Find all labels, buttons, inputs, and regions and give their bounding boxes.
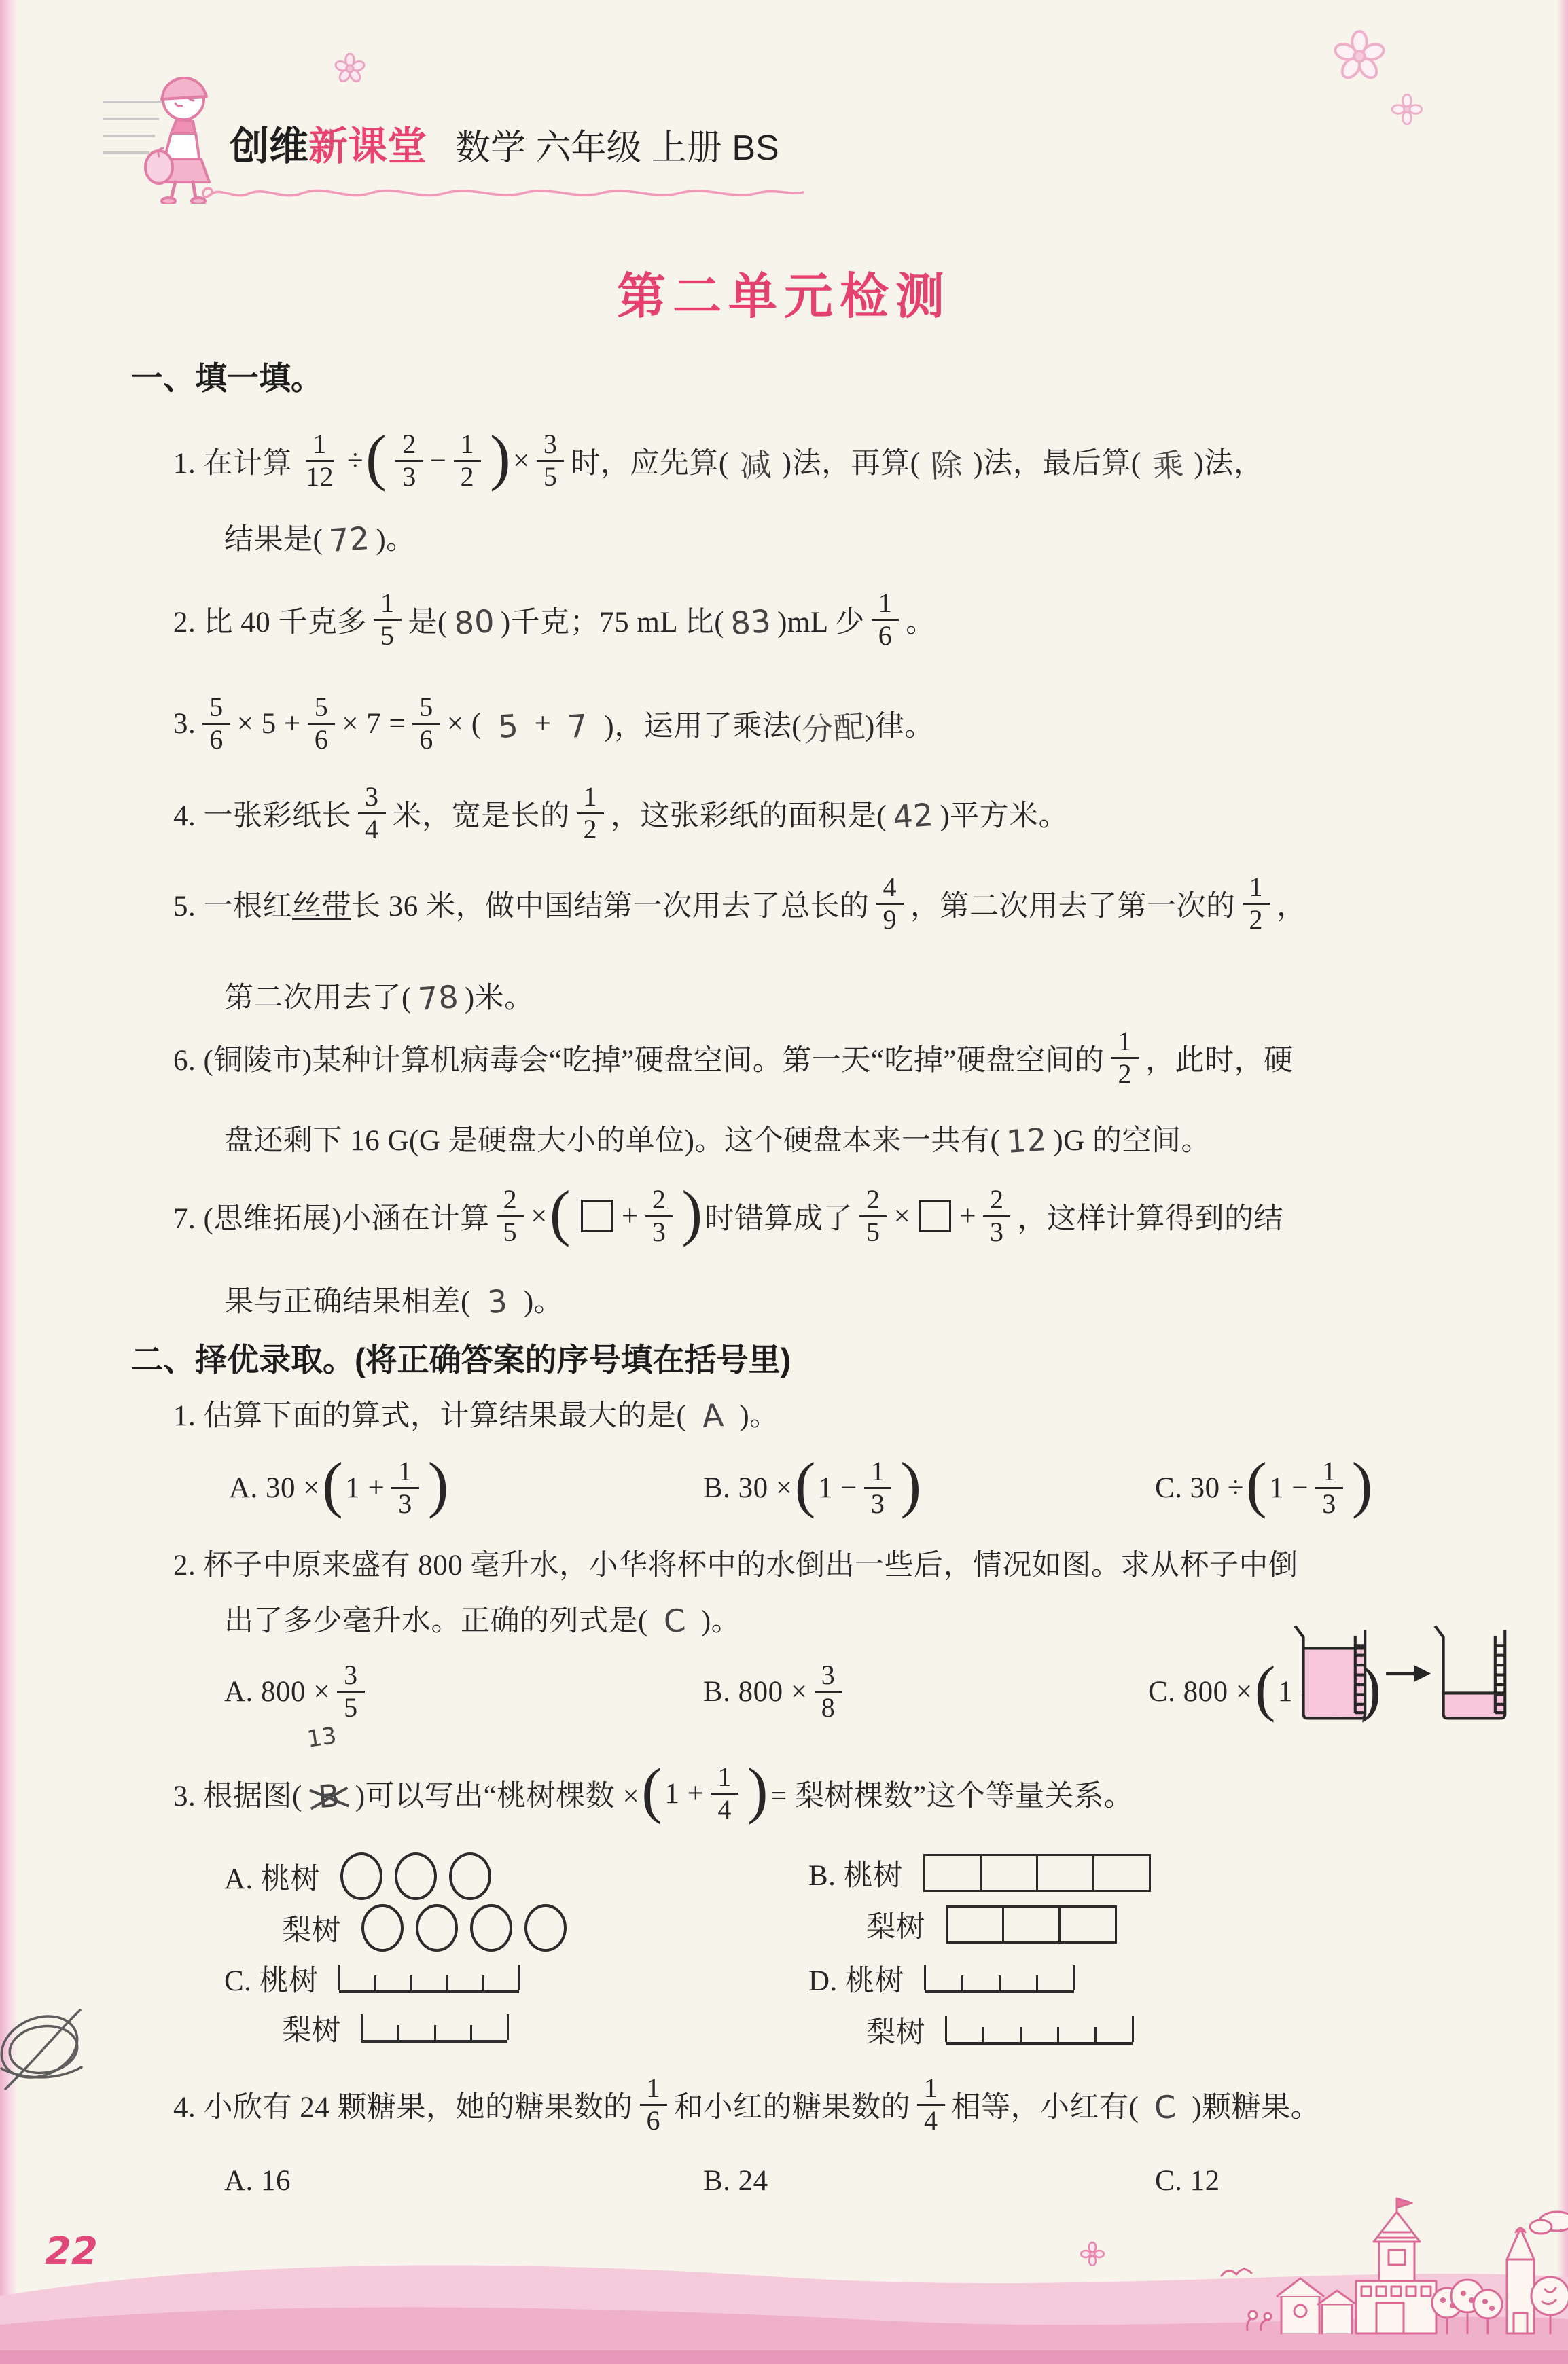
option-label: 梨树	[282, 1908, 341, 1949]
handwritten-answer: A	[685, 1395, 741, 1435]
ruler-diagram	[925, 1963, 1074, 1993]
fraction-numerator: 3	[358, 782, 386, 814]
text-run: )G 的空间。	[1053, 1117, 1211, 1159]
text-run: )米。	[465, 975, 534, 1016]
text-run: +	[622, 1200, 639, 1233]
text-run: ，这样计算得到的结	[1017, 1196, 1283, 1237]
fraction: 56	[202, 692, 230, 755]
fraction-numerator: 3	[337, 1660, 365, 1693]
text-run: 1 −	[1269, 1471, 1308, 1505]
text-run: 时，应先算(	[571, 440, 728, 482]
question-7-line-2: 果与正确结果相差(3)。	[224, 1255, 563, 1343]
ruler-strip	[361, 2013, 507, 2043]
text-run: B. 24	[703, 2164, 768, 2198]
ruler-tick	[374, 1975, 376, 1990]
bar-cell	[980, 1854, 1038, 1892]
handwritten-answer: 7	[550, 706, 606, 746]
text-run: )可以写出“桃树棵数 ×	[355, 1773, 639, 1814]
text-run: C. 12	[1155, 2164, 1220, 2198]
text-run: A. 800 ×	[224, 1675, 330, 1708]
fraction-numerator: 1	[306, 429, 334, 462]
text-run: +	[535, 707, 552, 740]
option-label: 梨树	[866, 2009, 925, 2051]
ruler-tick	[410, 1975, 412, 1990]
fraction: 13	[391, 1456, 419, 1520]
tree-circle	[361, 1904, 404, 1952]
flower-icon	[1079, 2240, 1106, 2268]
big-paren: (	[322, 1481, 343, 1488]
fraction: 14	[711, 1762, 738, 1825]
text-run: ，此时，硬	[1145, 1037, 1294, 1079]
fraction: 34	[358, 782, 386, 845]
ruler-tick	[470, 2025, 472, 2040]
tree-circle	[416, 1904, 458, 1952]
text-run: C. 桃树	[224, 1965, 319, 1997]
text-run: 3. 根据图(	[173, 1773, 302, 1814]
fraction: 23	[983, 1185, 1011, 1248]
fraction-numerator: 1	[374, 588, 402, 621]
question-4: 4. 一张彩纸长34米，宽是长的12，这张彩纸的面积是(42)平方米。	[173, 769, 1068, 857]
text-run: )平方米。	[940, 793, 1068, 834]
fraction-numerator: 2	[497, 1185, 524, 1217]
text-run: 结果是(	[224, 516, 323, 558]
fraction-denominator: 2	[454, 462, 482, 492]
text-run: )千克；75 mL 比(	[501, 599, 724, 641]
text-run: 长 36 米，做中国结第一次用去了总长的	[351, 883, 870, 925]
text-run: 1. 估算下面的算式，计算结果最大的是(	[173, 1393, 686, 1434]
text-run: = 梨树棵数”这个等量关系。	[770, 1773, 1133, 1814]
circles-diagram	[340, 1852, 503, 1900]
handwritten-answer: 减	[728, 439, 783, 487]
ruler-tick	[961, 1975, 963, 1990]
option-label: 梨树	[866, 1904, 925, 1946]
ruler-diagram	[946, 2015, 1133, 2045]
fraction-numerator: 1	[391, 1456, 419, 1489]
fraction-numerator: 2	[983, 1185, 1011, 1217]
circles-diagram	[361, 1904, 579, 1952]
text-run: ×	[513, 444, 530, 478]
bar-diagram	[946, 1905, 1117, 1944]
text-run: 4. 小欣有 24 颗糖果，她的糖果数的	[173, 2084, 633, 2126]
question-3: 3. 56× 5 +56× 7 =56× (5+7)，运用了乘法(分配)律。	[173, 679, 934, 768]
fraction: 112	[299, 429, 340, 492]
option-label: B. 桃树	[808, 1852, 903, 1894]
text-run: 相等，小红有(	[952, 2084, 1139, 2126]
handwritten-answer: B	[301, 1776, 357, 1816]
s2q3-option-d-row-2: 梨树	[866, 1999, 1133, 2060]
text-run: )。	[376, 516, 415, 558]
s2-question-4: 4. 小欣有 24 颗糖果，她的糖果数的16和小红的糖果数的14相等，小红有(C…	[173, 2060, 1320, 2149]
ruler-tick	[1036, 1975, 1038, 1990]
text-run: 1 −	[818, 1471, 857, 1505]
section-1-heading: 一、填一填。	[131, 353, 323, 399]
ruler-strip	[946, 2015, 1133, 2045]
text-run: )mL 少	[777, 599, 865, 641]
fraction-numerator: 1	[917, 2073, 945, 2106]
ruler-tick	[1057, 2027, 1059, 2042]
ruler-diagram	[361, 2013, 507, 2043]
ruler-tick	[361, 2014, 363, 2040]
fraction: 12	[577, 782, 605, 845]
text-run: 7. (思维拓展)小涵在计算	[173, 1196, 490, 1237]
handwritten-answer: 12	[999, 1120, 1055, 1160]
fraction-numerator: 1	[1315, 1456, 1343, 1489]
fraction-numerator: 2	[859, 1185, 887, 1217]
text-run: ，这张彩纸的面积是(	[611, 793, 887, 834]
question-2: 2. 比 40 千克多15是(80)千克；75 mL 比(83)mL 少16。	[173, 575, 936, 664]
handwritten-answer: 3	[469, 1281, 525, 1321]
fraction: 25	[497, 1185, 524, 1248]
s2-question-3: 3. 根据图(B)可以写出“桃树棵数 ×(1 +14)= 梨树棵数”这个等量关系…	[173, 1749, 1133, 1838]
fraction: 12	[1111, 1026, 1139, 1090]
fraction: 13	[1315, 1456, 1343, 1520]
handwritten-answer: C	[647, 1600, 702, 1641]
bar-strip	[923, 1854, 1151, 1892]
s2q2-option-a: A. 800 ×35	[224, 1647, 372, 1736]
page-right-edge	[1557, 0, 1568, 2364]
big-paren: )	[747, 1787, 768, 1794]
ruler-tick	[924, 1965, 926, 1990]
fraction-denominator: 5	[337, 1693, 365, 1723]
s2q2-option-b: B. 800 ×38	[703, 1647, 849, 1736]
handwritten-answer: 83	[724, 602, 779, 642]
text-run: −	[430, 444, 447, 478]
text-run: 6. (铜陵市)某种计算机病毒会“吃掉”硬盘空间。第一天“吃掉”硬盘空间的	[173, 1037, 1104, 1079]
text-run: 1. 在计算	[173, 440, 292, 482]
fraction-denominator: 2	[1243, 905, 1270, 935]
fraction-numerator: 4	[876, 872, 904, 905]
fraction-numerator: 1	[864, 1456, 892, 1489]
text-run: 和小红的糖果数的	[674, 2084, 910, 2126]
text-run: +	[959, 1200, 976, 1233]
ruler-tick	[1132, 2016, 1134, 2042]
s2q3-option-c-row-2: 梨树	[282, 1997, 507, 2058]
handwritten-answer: 分配	[800, 702, 866, 751]
ruler-diagram	[339, 1963, 519, 1993]
text-run: ，第二次用去了第一次的	[910, 883, 1236, 925]
fraction: 56	[308, 692, 336, 755]
big-paren: )	[1352, 1481, 1373, 1488]
brand-name-black: 创维	[230, 114, 308, 171]
text-run: )法，再算(	[782, 440, 921, 482]
tree-circle	[340, 1852, 382, 1900]
fraction-numerator: 5	[412, 692, 440, 725]
fraction: 16	[872, 588, 899, 651]
text-run: A. 30 ×	[229, 1471, 320, 1505]
fraction-denominator: 6	[640, 2106, 668, 2136]
text-run: 第二次用去了(	[224, 975, 412, 1016]
text-run: ×	[531, 1200, 548, 1233]
fraction: 38	[815, 1660, 842, 1723]
big-paren: (	[1246, 1481, 1267, 1488]
fraction-numerator: 1	[640, 2073, 668, 2106]
handwritten-answer: C	[1138, 2087, 1194, 2127]
scribble-doodle	[0, 1987, 109, 2106]
text-run: A. 16	[224, 2164, 291, 2198]
text-run: C. 30 ÷	[1155, 1471, 1244, 1505]
ruler-tick	[945, 2016, 947, 2042]
option-label: C. 桃树	[224, 1958, 319, 1999]
text-run: 时错算成了	[705, 1196, 853, 1237]
big-paren: )	[428, 1481, 449, 1488]
ruler-tick	[397, 2025, 399, 2040]
fraction-numerator: 3	[815, 1660, 842, 1693]
ruler-tick	[1094, 2027, 1097, 2042]
fraction-denominator: 3	[1315, 1489, 1343, 1520]
text-run: 梨树	[282, 2015, 341, 2047]
page-title: 第二单元检测	[0, 257, 1568, 327]
bar-cell	[923, 1854, 982, 1892]
handwritten-answer: 42	[886, 795, 942, 836]
option-label: D. 桃树	[808, 1958, 904, 1999]
fraction: 49	[876, 872, 904, 935]
fraction: 35	[337, 1660, 365, 1723]
text-run: 米，宽是长的	[393, 793, 570, 834]
text-run: C. 800 ×	[1148, 1675, 1253, 1708]
fraction-denominator: 4	[358, 814, 386, 845]
big-paren: (	[795, 1481, 816, 1488]
ruler-tick	[1073, 1965, 1075, 1990]
fraction: 56	[412, 692, 440, 755]
fraction-denominator: 3	[864, 1489, 892, 1520]
text-run: )。	[739, 1393, 779, 1434]
big-paren: (	[366, 454, 387, 461]
flower-icon	[1391, 94, 1423, 125]
fraction-numerator: 1	[577, 782, 605, 814]
fraction-numerator: 5	[202, 692, 230, 725]
text-run: 1 +	[664, 1777, 704, 1810]
text-run: )，运用了乘法(	[604, 703, 802, 745]
ruler-tick	[482, 1975, 484, 1990]
fraction-numerator: 1	[872, 588, 899, 621]
text-run: )律。	[865, 703, 934, 745]
fraction: 16	[640, 2073, 668, 2136]
text-run: )法，	[1194, 440, 1264, 482]
fraction-denominator: 2	[1111, 1059, 1139, 1090]
fraction-numerator: 1	[1243, 872, 1270, 905]
text-run: ÷	[347, 444, 363, 478]
header: 创维新课堂数学 六年级 上册 BS	[230, 114, 779, 171]
text-run: × 7 =	[342, 707, 406, 740]
text-run: 1 +	[345, 1471, 385, 1505]
ruler-strip	[925, 1963, 1074, 1993]
option-label: 梨树	[282, 2007, 341, 2049]
s2q3-option-b-row-2: 梨树	[866, 1894, 1117, 1955]
empty-box	[919, 1200, 951, 1232]
beaker-diagram	[1291, 1620, 1522, 1725]
text-run: )。	[524, 1278, 563, 1320]
option-label: A. 桃树	[224, 1856, 320, 1897]
fraction: 25	[859, 1185, 887, 1248]
text-run: 。	[906, 599, 936, 641]
underlined-text: 丝带	[292, 883, 351, 925]
fraction: 23	[395, 429, 423, 492]
bar-diagram	[923, 1854, 1151, 1892]
text-run: ×	[893, 1200, 910, 1233]
text-run: )。	[701, 1598, 741, 1639]
bar-cell	[946, 1905, 1004, 1944]
text-run: 出了多少毫升水。正确的列式是(	[224, 1598, 648, 1639]
fraction-denominator: 3	[983, 1217, 1011, 1248]
text-run: 盘还剩下 16 G(G 是硬盘大小的单位)。这个硬盘本来一共有(	[224, 1117, 1000, 1159]
fraction-numerator: 2	[395, 429, 423, 462]
brand-name-pink: 新课堂	[308, 114, 427, 171]
fraction: 12	[1243, 872, 1270, 935]
text-run: )颗糖果。	[1192, 2084, 1320, 2126]
bar-strip	[946, 1905, 1117, 1944]
fraction-denominator: 5	[374, 621, 402, 651]
text-run: A. 桃树	[224, 1863, 320, 1895]
text-run: 梨树	[866, 2017, 925, 2049]
text-run: D. 桃树	[808, 1965, 904, 1997]
bar-cell	[1092, 1854, 1151, 1892]
text-run: ，	[1277, 883, 1306, 925]
ruler-tick	[999, 1975, 1001, 1990]
handwritten-answer: 72	[322, 519, 378, 559]
fraction: 13	[864, 1456, 892, 1520]
big-paren: )	[490, 454, 511, 461]
text-run: B. 桃树	[808, 1860, 903, 1892]
ruler-tick	[446, 1975, 448, 1990]
fraction-denominator: 3	[391, 1489, 419, 1520]
tree-circle	[470, 1904, 512, 1952]
ruler-tick	[338, 1965, 340, 1990]
ruler-tick	[982, 2027, 984, 2042]
wavy-underline	[201, 183, 806, 204]
fraction-numerator: 1	[711, 1762, 738, 1795]
fraction-denominator: 5	[859, 1217, 887, 1248]
fraction: 14	[917, 2073, 945, 2136]
fraction-numerator: 1	[454, 429, 482, 462]
ruler-tick	[507, 2014, 509, 2040]
text-run: × (	[447, 707, 482, 740]
text-run: B. 30 ×	[703, 1471, 793, 1505]
ruler-tick	[1020, 2027, 1022, 2042]
fraction-denominator: 6	[308, 725, 336, 755]
text-run: )法，最后算(	[973, 440, 1141, 482]
text-run: 3.	[173, 707, 196, 740]
fraction-denominator: 3	[395, 462, 423, 492]
question-1-line-1: 1. 在计算112÷(23−12)×35时，应先算(减)法，再算(除)法，最后算…	[173, 416, 1263, 505]
fraction-denominator: 5	[537, 462, 565, 492]
ruler-strip	[339, 1963, 519, 1993]
text-run: 4. 一张彩纸长	[173, 793, 351, 834]
fraction-numerator: 2	[645, 1185, 673, 1217]
text-run: 5. 一根红	[173, 883, 292, 925]
big-paren: (	[1255, 1685, 1276, 1692]
fraction: 12	[454, 429, 482, 492]
question-7-line-1: 7. (思维拓展)小涵在计算25×(+23)时错算成了25×+23，这样计算得到…	[173, 1172, 1283, 1260]
handwritten-answer: 除	[919, 439, 974, 487]
handwritten-answer: 5	[480, 706, 536, 746]
flower-icon	[334, 53, 366, 84]
fraction-denominator: 5	[497, 1217, 524, 1248]
header-subject: 数学 六年级 上册 BS	[455, 119, 779, 170]
handwritten-correction: 13	[305, 1722, 338, 1753]
question-6-line-1: 6. (铜陵市)某种计算机病毒会“吃掉”硬盘空间。第一天“吃掉”硬盘空间的12，…	[173, 1014, 1293, 1102]
question-1-line-2: 结果是(72)。	[224, 492, 416, 581]
fraction-denominator: 12	[299, 462, 340, 492]
workbook-page: 创维新课堂数学 六年级 上册 BS 第二单元检测 一、填一填。 1. 在计算11…	[0, 0, 1568, 2364]
text-run: 梨树	[282, 1915, 341, 1947]
flower-icon	[1333, 30, 1386, 83]
handwritten-answer: 80	[446, 602, 502, 642]
fraction-denominator: 2	[577, 814, 605, 845]
big-paren: )	[900, 1481, 921, 1488]
text-run: 果与正确结果相差(	[224, 1278, 471, 1320]
running-kid-logo	[101, 54, 230, 204]
fraction-denominator: 6	[872, 621, 899, 651]
text-run: × 5 +	[237, 707, 301, 740]
text-run: B. 800 ×	[703, 1675, 808, 1708]
fraction-denominator: 8	[815, 1693, 842, 1723]
ruler-tick	[434, 2025, 436, 2040]
tree-circle	[524, 1904, 567, 1952]
text-run: 梨树	[866, 1912, 925, 1944]
empty-box	[581, 1200, 613, 1232]
handwritten-answer: 78	[410, 978, 466, 1018]
big-paren: (	[550, 1209, 571, 1217]
fraction: 15	[374, 588, 402, 651]
question-6-line-2: 盘还剩下 16 G(G 是硬盘大小的单位)。这个硬盘本来一共有(12)G 的空间…	[224, 1094, 1211, 1182]
fraction-numerator: 5	[308, 692, 336, 725]
fraction-denominator: 6	[412, 725, 440, 755]
tree-circle	[449, 1852, 491, 1900]
tree-circle	[395, 1852, 437, 1900]
ruler-tick	[518, 1965, 520, 1990]
fraction-denominator: 9	[876, 905, 904, 935]
fraction-numerator: 1	[1111, 1026, 1139, 1059]
fraction-denominator: 4	[711, 1795, 738, 1825]
bar-cell	[1002, 1905, 1061, 1944]
question-5-line-1: 5. 一根红丝带长 36 米，做中国结第一次用去了总长的49，第二次用去了第一次…	[173, 859, 1306, 948]
fraction-denominator: 4	[917, 2106, 945, 2136]
fraction-denominator: 6	[202, 725, 230, 755]
bar-cell	[1058, 1905, 1117, 1944]
big-paren: (	[641, 1787, 662, 1794]
fraction: 35	[537, 429, 565, 492]
bottom-decoration	[0, 2194, 1568, 2364]
big-paren: )	[681, 1209, 702, 1217]
bar-cell	[1036, 1854, 1094, 1892]
fraction-numerator: 3	[537, 429, 565, 462]
fraction-denominator: 3	[645, 1217, 673, 1248]
text-run: 2. 比 40 千克多	[173, 599, 367, 641]
handwritten-answer: 乘	[1140, 439, 1196, 487]
fraction: 23	[645, 1185, 673, 1248]
text-run: 是(	[408, 599, 448, 641]
